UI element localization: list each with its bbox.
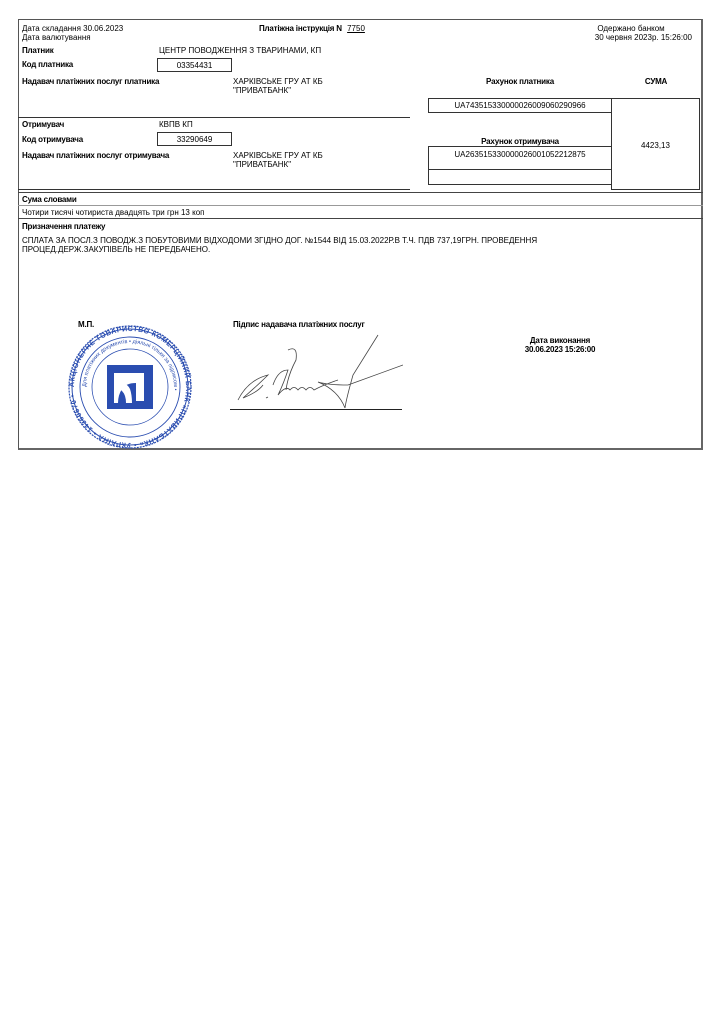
recipient-bank-line2: "ПРИВАТБАНК" xyxy=(233,160,291,169)
signature-icon xyxy=(228,330,403,410)
received-datetime: 30 червня 2023р. 15:26:00 xyxy=(595,33,692,42)
recipient-extra-box xyxy=(428,169,612,185)
recipient-code-box: 33290649 xyxy=(157,132,232,146)
payer-account: UA743515330000026009060290966 xyxy=(454,101,585,110)
payer-bank-label: Надавач платіжних послуг платника xyxy=(22,77,159,86)
payer-bank-line1: ХАРКІВСЬКЕ ГРУ АТ КБ xyxy=(233,77,323,86)
purpose-top-divider xyxy=(18,218,703,219)
document-title-label: Платіжна інструкція N xyxy=(259,24,342,33)
payer-name: ЦЕНТР ПОВОДЖЕННЯ З ТВАРИНАМИ, КП xyxy=(159,46,321,55)
date-created: Дата складання 30.06.2023 xyxy=(22,24,123,33)
amount-words-top-divider xyxy=(18,192,703,193)
execution-label: Дата виконання xyxy=(495,336,625,345)
signature-label: Підпис надавача платіжних послуг xyxy=(233,320,365,329)
payer-code-box: 03354431 xyxy=(157,58,232,72)
signature-line xyxy=(230,409,402,410)
amount-words-value: Чотири тисячі чотириста двадцять три грн… xyxy=(22,208,204,217)
recipient-bank-line1: ХАРКІВСЬКЕ ГРУ АТ КБ xyxy=(233,151,323,160)
payer-account-box: UA743515330000026009060290966 xyxy=(428,98,612,113)
privatbank-logo-icon xyxy=(107,365,153,409)
received-label: Одержано банком xyxy=(560,24,702,33)
payer-code-label: Код платника xyxy=(22,60,73,69)
amount-value: 4423,13 xyxy=(612,141,699,150)
amount-box: 4423,13 xyxy=(611,98,700,190)
payer-account-label: Рахунок платника xyxy=(428,77,612,86)
execution-datetime: 30.06.2023 15:26:00 xyxy=(495,345,625,354)
recipient-code: 33290649 xyxy=(177,135,213,144)
date-created-value: 30.06.2023 xyxy=(83,24,123,33)
date-created-label: Дата складання xyxy=(22,24,81,33)
recipient-account: UA263515330000026001052212875 xyxy=(454,150,585,159)
amount-label: СУМА xyxy=(612,77,700,86)
amount-words-label: Сума словами xyxy=(22,195,77,204)
recipient-account-box: UA263515330000026001052212875 xyxy=(428,146,612,170)
purpose-line2: ПРОЦЕД.ДЕРЖ.ЗАКУПІВЕЛЬ НЕ ПЕРЕДБАЧЕНО. xyxy=(22,245,210,254)
value-date-label: Дата валютування xyxy=(22,33,91,42)
recipient-bank-label: Надавач платіжних послуг отримувача xyxy=(22,151,169,160)
document-title: Платіжна інструкція N 7750 xyxy=(259,24,365,33)
amount-words-divider xyxy=(18,205,703,206)
recipient-label: Отримувач xyxy=(22,120,64,129)
recipient-name: КВПВ КП xyxy=(159,120,193,129)
document-number: 7750 xyxy=(347,24,365,33)
payer-bank-line2: "ПРИВАТБАНК" xyxy=(233,86,291,95)
purpose-line1: СПЛАТА ЗА ПОСЛ.З ПОВОДЖ.З ПОБУТОВИМИ ВІД… xyxy=(22,236,537,245)
payer-section-divider xyxy=(18,117,410,118)
payer-code: 03354431 xyxy=(177,61,213,70)
recipient-section-divider xyxy=(18,189,410,190)
recipient-code-label: Код отримувача xyxy=(22,135,83,144)
payer-label: Платник xyxy=(22,46,54,55)
bank-stamp-icon: АКЦІОНЕРНЕ ТОВАРИСТВО КОМЕРЦІЙНИЙ БАНК «… xyxy=(66,325,194,449)
recipient-account-label: Рахунок отримувача xyxy=(428,137,612,146)
purpose-label: Призначення платежу xyxy=(22,222,105,231)
